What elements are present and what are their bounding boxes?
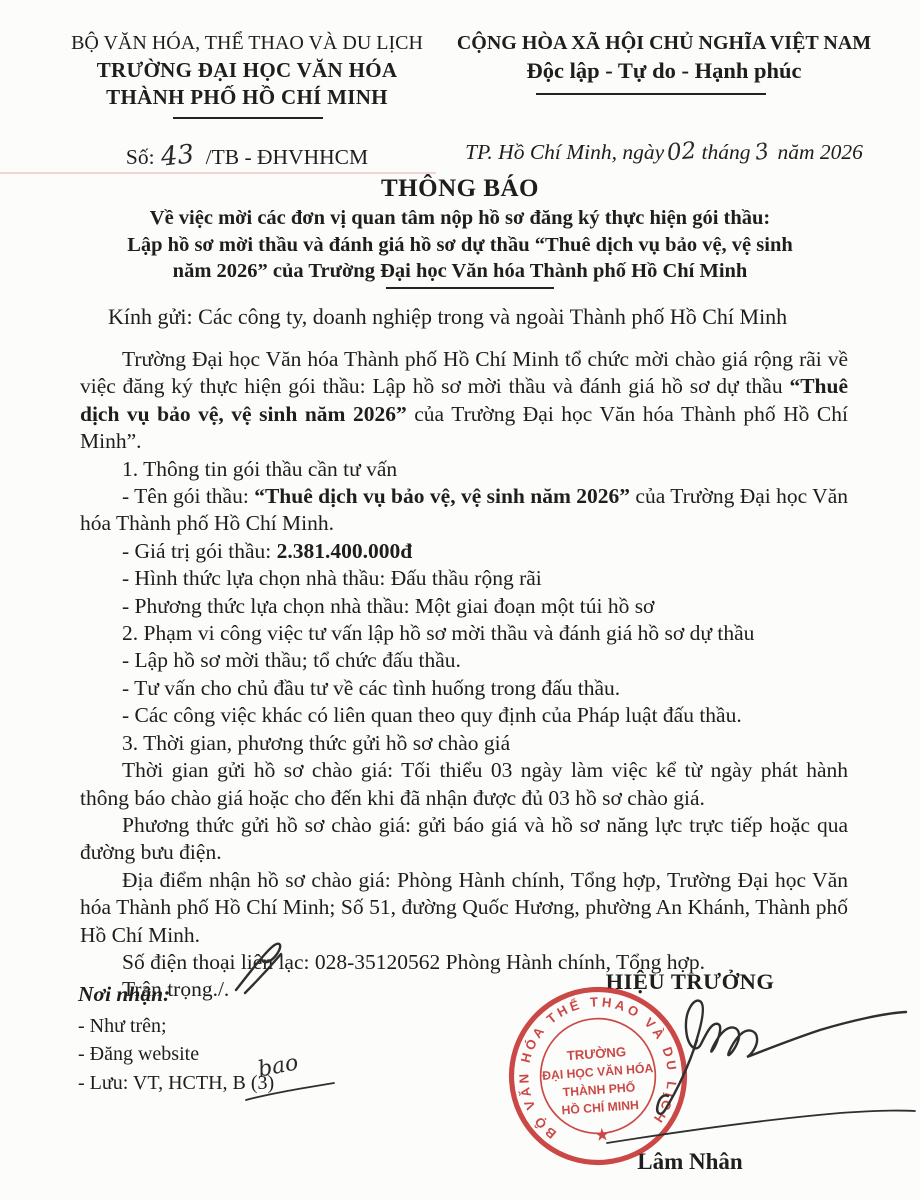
item-gia-pre: - Giá trị gói thầu: bbox=[122, 539, 277, 563]
item-ten-pre: - Tên gói thầu: bbox=[122, 484, 254, 508]
recipient-item-2: - Đăng website bbox=[78, 1040, 398, 1069]
item-package-value: - Giá trị gói thầu: 2.381.400.000đ bbox=[80, 538, 848, 565]
recipient-item-1: - Như trên; bbox=[78, 1012, 398, 1041]
motto-underline bbox=[536, 93, 766, 95]
item-selection-method: - Phương thức lựa chọn nhà thầu: Một gia… bbox=[80, 593, 848, 620]
intro-paragraph: Trường Đại học Văn hóa Thành phố Hồ Chí … bbox=[80, 346, 848, 456]
body-text: Trường Đại học Văn hóa Thành phố Hồ Chí … bbox=[80, 346, 848, 1004]
doc-subtitle: Về việc mời các đơn vị quan tâm nộp hồ s… bbox=[60, 205, 860, 285]
item-cong-viec-khac: - Các công việc khác có liên quan theo q… bbox=[80, 702, 848, 729]
signature-loops-ink bbox=[686, 1001, 906, 1057]
para-thoi-gian: Thời gian gửi hồ sơ chào giá: Tối thiểu … bbox=[80, 757, 848, 812]
recipient-item-3: - Lưu: VT, HCTH, B (3) bbox=[78, 1069, 398, 1098]
section-3-heading: 3. Thời gian, phương thức gửi hồ sơ chào… bbox=[80, 730, 848, 757]
seal-center-line-3: THÀNH PHỐ bbox=[562, 1079, 636, 1099]
recipients-block: Nơi nhận: - Như trên; - Đăng website - L… bbox=[78, 980, 398, 1097]
date-day-handwritten: 02 bbox=[666, 138, 697, 166]
national-header: CỘNG HÒA XÃ HỘI CHỦ NGHĨA VIỆT NAM Độc l… bbox=[440, 30, 888, 86]
date-year: năm 2026 bbox=[777, 140, 862, 164]
item-tu-van: - Tư vấn cho chủ đầu tư về các tình huốn… bbox=[80, 675, 848, 702]
national-title: CỘNG HÒA XÃ HỘI CHỦ NGHĨA VIỆT NAM bbox=[440, 30, 888, 56]
item-selection-form: - Hình thức lựa chọn nhà thầu: Đấu thầu … bbox=[80, 565, 848, 592]
subtitle-underline bbox=[386, 287, 554, 289]
recipients-title: Nơi nhận: bbox=[78, 980, 398, 1009]
scan-artifact-line bbox=[0, 172, 436, 174]
seal-center-line-4: HỒ CHÍ MINH bbox=[561, 1097, 639, 1117]
item-lap-ho-so: - Lập hồ sơ mời thầu; tổ chức đấu thầu. bbox=[80, 647, 848, 674]
para-dia-diem: Địa điểm nhận hồ sơ chào giá: Phòng Hành… bbox=[80, 867, 848, 949]
date-month-handwritten: 3 bbox=[754, 139, 772, 166]
seal-center-line-1: TRƯỜNG bbox=[566, 1044, 626, 1063]
org-university-line: TRƯỜNG ĐẠI HỌC VĂN HÓA bbox=[36, 57, 458, 84]
doc-title: THÔNG BÁO bbox=[0, 175, 920, 203]
seal-center-line-2: ĐẠI HỌC VĂN HÓA bbox=[542, 1060, 654, 1083]
section-1-heading: 1. Thông tin gói thầu cần tư vấn bbox=[80, 456, 848, 483]
item-package-name: - Tên gói thầu: “Thuê dịch vụ bảo vệ, vệ… bbox=[80, 483, 848, 538]
subtitle-line-1: Về việc mời các đơn vị quan tâm nộp hồ s… bbox=[60, 205, 860, 232]
doc-number-handwritten: 43 bbox=[159, 139, 195, 172]
official-seal: BỘ VĂN HÓA THỂ THAO VÀ DU LỊCH TRƯỜNG ĐẠ… bbox=[504, 982, 692, 1170]
subtitle-line-2: Lập hồ sơ mời thầu và đánh giá hồ sơ dự … bbox=[60, 232, 860, 259]
section-2-heading: 2. Phạm vi công việc tư vấn lập hồ sơ mờ… bbox=[80, 620, 848, 647]
intro-pre: Trường Đại học Văn hóa Thành phố Hồ Chí … bbox=[80, 347, 848, 398]
org-ministry-line: BỘ VĂN HÓA, THỂ THAO VÀ DU LỊCH bbox=[36, 30, 458, 57]
scanned-document-page: BỘ VĂN HÓA, THỂ THAO VÀ DU LỊCH TRƯỜNG Đ… bbox=[0, 0, 920, 1200]
date-place: TP. Hồ Chí Minh, ngày bbox=[465, 140, 664, 164]
salutation: Kính gửi: Các công ty, doanh nghiệp tron… bbox=[80, 304, 848, 330]
para-phuong-thuc-gui: Phương thức gửi hồ sơ chào giá: gửi báo … bbox=[80, 812, 848, 867]
item-gia-value: 2.381.400.000đ bbox=[277, 539, 413, 563]
doc-number: Số:43/TB - ĐHVHHCM bbox=[36, 141, 458, 171]
org-underline bbox=[173, 117, 323, 119]
national-motto: Độc lập - Tự do - Hạnh phúc bbox=[440, 56, 888, 86]
org-header: BỘ VĂN HÓA, THỂ THAO VÀ DU LỊCH TRƯỜNG Đ… bbox=[36, 30, 458, 111]
doc-number-prefix: Số: bbox=[126, 145, 155, 169]
date-thang: tháng bbox=[701, 140, 750, 164]
item-ten-bold: “Thuê dịch vụ bảo vệ, vệ sinh năm 2026” bbox=[254, 484, 630, 508]
org-city-line: THÀNH PHỐ HỒ CHÍ MINH bbox=[36, 84, 458, 111]
date-line: TP. Hồ Chí Minh, ngày02tháng3năm 2026 bbox=[436, 139, 892, 165]
subtitle-line-3: năm 2026” của Trường Đại học Văn hóa Thà… bbox=[60, 258, 860, 285]
doc-number-suffix: /TB - ĐHVHHCM bbox=[206, 145, 368, 169]
seal-star-icon: ★ bbox=[595, 1126, 610, 1144]
